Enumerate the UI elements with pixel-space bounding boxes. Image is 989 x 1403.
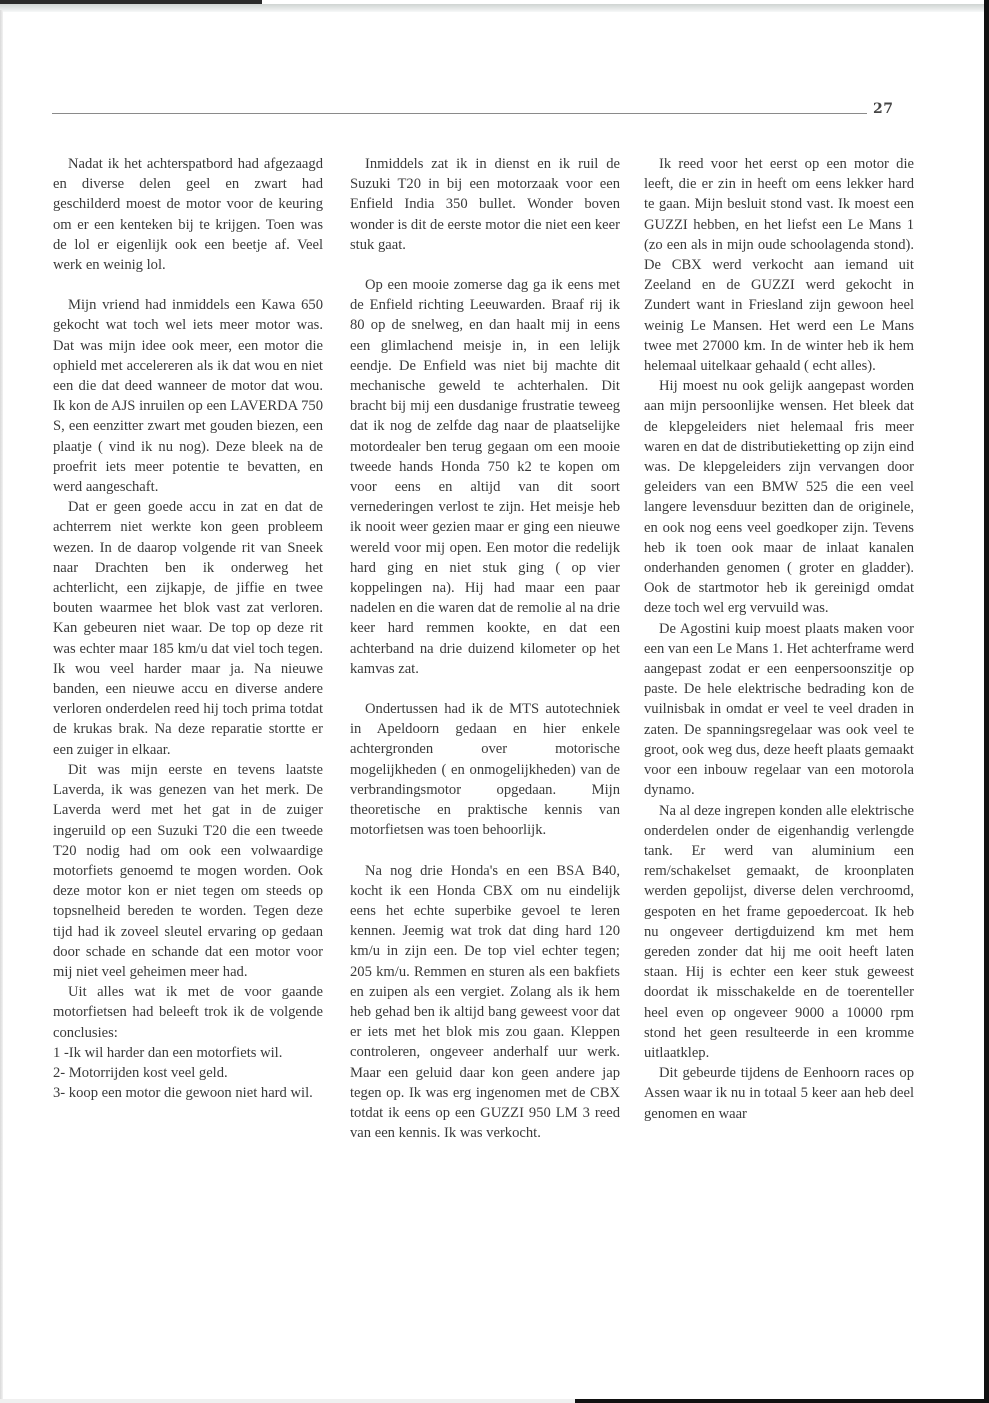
text-column-1: Nadat ik het achterspatbord had afgezaag… (53, 154, 323, 1103)
paragraph: Nadat ik het achterspatbord had afgezaag… (53, 154, 323, 275)
paragraph: Hij moest nu ook gelijk aangepast worden… (644, 376, 914, 618)
paragraph: Mijn vriend had inmiddels een Kawa 650 g… (53, 295, 323, 497)
conclusion-item-3: 3- koop een motor die gewoon niet hard w… (53, 1083, 323, 1103)
paragraph: Inmiddels zat ik in dienst en ik ruil de… (350, 154, 620, 255)
paragraph: De Agostini kuip moest plaats maken voor… (644, 619, 914, 801)
scan-edge-bottom-dark (575, 1399, 989, 1403)
page-number: 27 (873, 101, 893, 117)
paragraph: Na nog drie Honda's en een BSA B40, koch… (350, 861, 620, 1144)
header-rule (52, 113, 867, 114)
paragraph: Dit was mijn eerste en tevens laatste La… (53, 760, 323, 982)
paragraph: Dit gebeurde tijdens de Eenhoorn races o… (644, 1063, 914, 1124)
conclusion-item-2: 2- Motorrijden kost veel geld. (53, 1063, 323, 1083)
text-column-2: Inmiddels zat ik in dienst en ik ruil de… (350, 154, 620, 1143)
scan-edge-left (0, 10, 3, 1403)
paragraph: Ik reed voor het eerst op een motor die … (644, 154, 914, 376)
paragraph: Dat er geen goede accu in zat en dat de … (53, 497, 323, 760)
paragraph: Uit alles wat ik met de voor gaande moto… (53, 982, 323, 1043)
paragraph: Na al deze ingrepen konden alle elektris… (644, 801, 914, 1064)
scan-edge-top-band (0, 4, 989, 12)
paragraph: Op een mooie zomerse dag ga ik eens met … (350, 275, 620, 679)
scan-edge-right (984, 0, 989, 1403)
conclusion-item-1: 1 -Ik wil harder dan een motorfiets wil. (53, 1043, 323, 1063)
text-column-3: Ik reed voor het eerst op een motor die … (644, 154, 914, 1124)
paragraph: Ondertussen had ik de MTS autotechniek i… (350, 699, 620, 840)
